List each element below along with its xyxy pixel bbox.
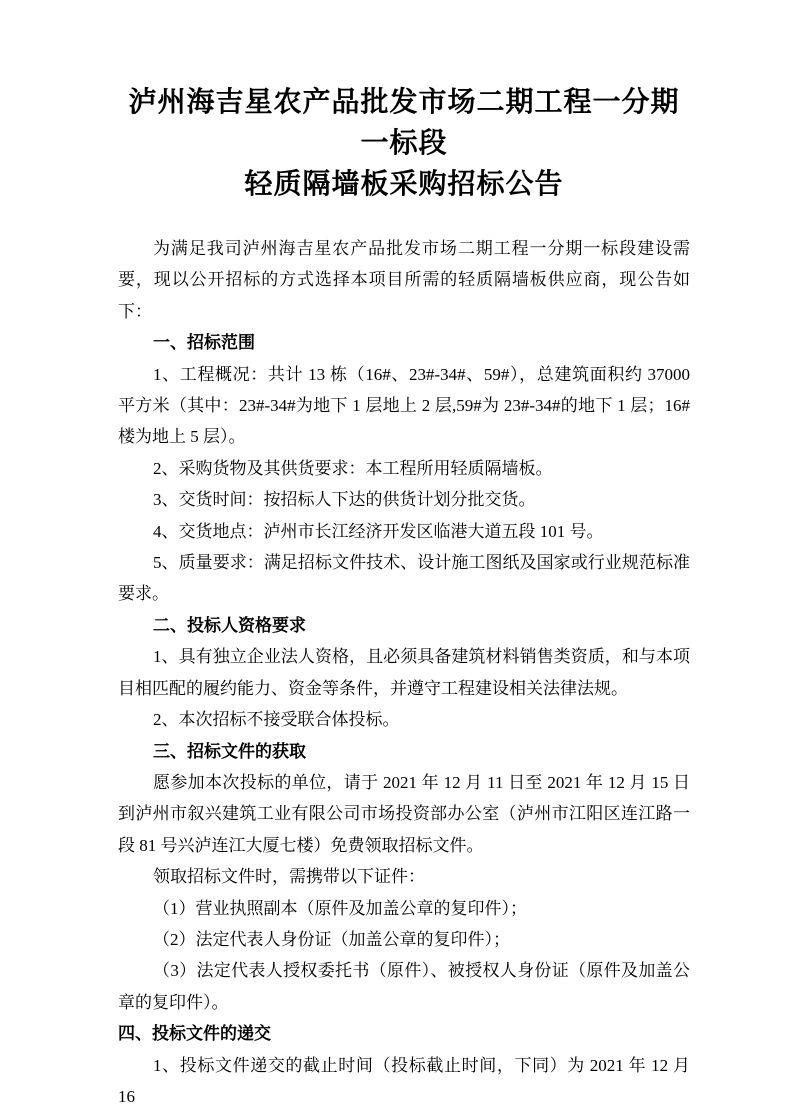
document-title-line-1: 泸州海吉星农产品批发市场二期工程一分期一标段 [118,82,690,164]
paragraph: （1）营业执照副本（原件及加盖公章的复印件）； [118,893,690,924]
paragraph: 3、交货时间：按招标人下达的供货计划分批交货。 [118,484,690,515]
document-title-line-2: 轻质隔墙板采购招标公告 [118,164,690,205]
paragraph: 1、工程概况：共计 13 栋（16#、23#-34#、59#），总建筑面积约 3… [118,359,690,453]
paragraph: 2、本次招标不接受联合体投标。 [118,704,690,735]
paragraph: 1、具有独立企业法人资格，且必须具备建筑材料销售类资质，和与本项目相匹配的履约能… [118,641,690,704]
paragraph: 5、质量要求：满足招标文件技术、设计施工图纸及国家或行业规范标准要求。 [118,547,690,610]
document-body: 为满足我司泸州海吉星农产品批发市场二期工程一分期一标段建设需要，现以公开招标的方… [118,233,690,1108]
document-title: 泸州海吉星农产品批发市场二期工程一分期一标段 轻质隔墙板采购招标公告 [118,82,690,205]
paragraph: 2、采购货物及其供货要求：本工程所用轻质隔墙板。 [118,453,690,484]
paragraph: 4、交货地点：泸州市长江经济开发区临港大道五段 101 号。 [118,516,690,547]
section-heading: 一、招标范围 [118,327,690,358]
paragraph: （2）法定代表人身份证（加盖公章的复印件）； [118,924,690,955]
document-page: 泸州海吉星农产品批发市场二期工程一分期一标段 轻质隔墙板采购招标公告 为满足我司… [0,0,794,1108]
paragraph: 领取招标文件时，需携带以下证件： [118,861,690,892]
paragraph: （3）法定代表人授权委托书（原件）、被授权人身份证（原件及加盖公章的复印件）。 [118,955,690,1018]
section-heading: 四、投标文件的递交 [118,1018,690,1049]
paragraph: 愿参加本次投标的单位，请于 2021 年 12 月 11 日至 2021 年 1… [118,767,690,861]
section-heading: 三、招标文件的获取 [118,736,690,767]
paragraph: 1、投标文件递交的截止时间（投标截止时间，下同）为 2021 年 12 月 16 [118,1050,690,1108]
section-heading: 二、投标人资格要求 [118,610,690,641]
paragraph: 为满足我司泸州海吉星农产品批发市场二期工程一分期一标段建设需要，现以公开招标的方… [118,233,690,327]
